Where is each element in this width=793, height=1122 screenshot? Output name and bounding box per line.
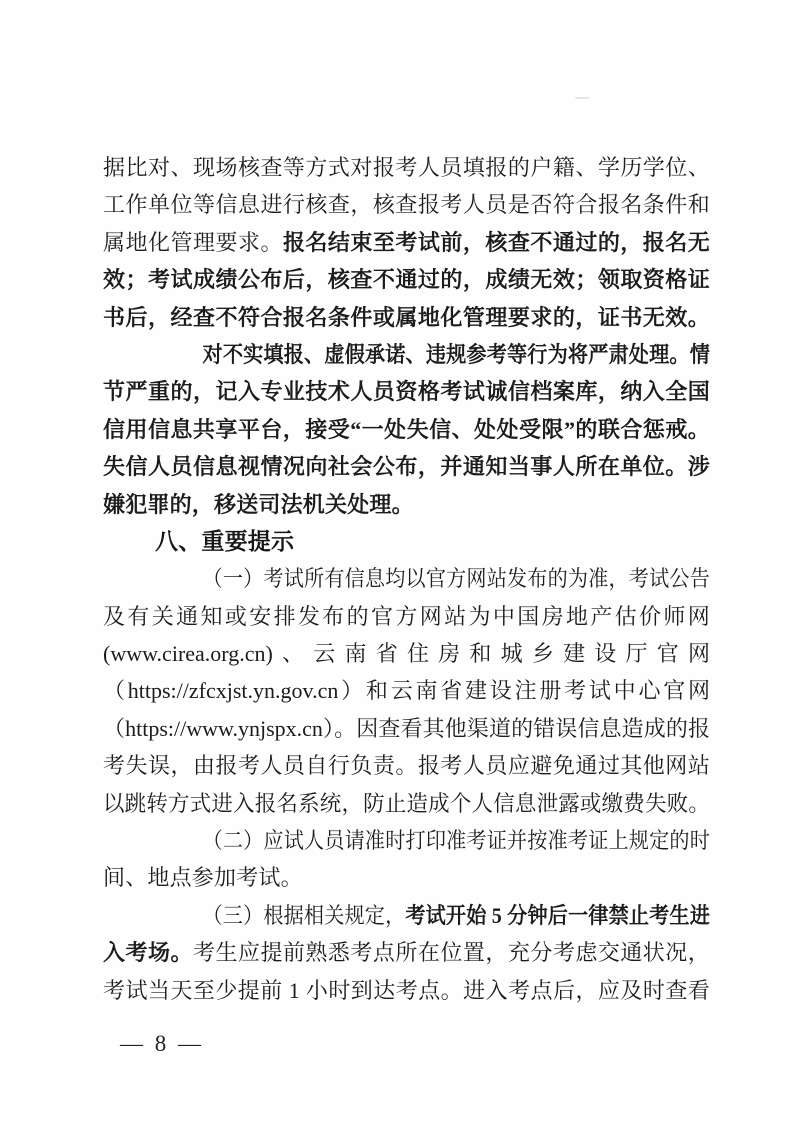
text-line: 以跳转方式进入报名系统，防止造成个人信息泄露或缴费失败。 — [103, 785, 710, 822]
text-line: 节严重的，记入专业技术人员资格考试诚信档案库，纳入全国 — [103, 373, 710, 410]
scan-artifact — [575, 97, 589, 99]
text-segment: （https://zfcxjst.yn.gov.cn）和云南省建设注册考试中心官… — [103, 678, 710, 703]
text-line: 信用信息共享平台，接受“一处失信、处处受限”的联合惩戒。 — [103, 411, 710, 448]
bold-text-segment: 信用信息共享平台，接受“一处失信、处处受限”的联合惩戒。 — [103, 417, 710, 442]
section-heading: 八、重要提示 — [103, 523, 710, 560]
bold-text-segment: 效；考试成绩公布后，核查不通过的，成绩无效；领取资格证 — [103, 267, 710, 292]
text-line: 对不实填报、虚假承诺、违规参考等行为将严肃处理。情 — [103, 336, 710, 373]
text-line: (www.cirea.org.cn)、云南省住房和城乡建设厅官网 — [103, 635, 710, 672]
text-line: 书后，经查不符合报名条件或属地化管理要求的，证书无效。 — [103, 299, 710, 336]
bold-text-segment: 对不实填报、虚假承诺、违规参考等行为将严肃处理。情 — [203, 342, 710, 367]
text-segment: (www.cirea.org.cn)、云南省住房和城乡建设厅官网 — [103, 641, 710, 666]
text-line: 入考场。考生应提前熟悉考点所在位置，充分考虑交通状况， — [103, 934, 710, 971]
text-line: 及有关通知或安排发布的官方网站为中国房地产估价师网 — [103, 598, 710, 635]
text-segment: 及有关通知或安排发布的官方网站为中国房地产估价师网 — [103, 604, 710, 629]
text-line: （一）考试所有信息均以官方网站发布的为准，考试公告 — [103, 560, 710, 597]
text-segment: （一）考试所有信息均以官方网站发布的为准，考试公告 — [203, 566, 710, 591]
bold-text-segment: 入考场。 — [103, 940, 193, 965]
document-page: 据比对、现场核查等方式对报考人员填报的户籍、学历学位、工作单位等信息进行核查，核… — [0, 0, 793, 1122]
text-line: （https://www.ynjspx.cn）。因查看其他渠道的错误信息造成的报 — [103, 710, 710, 747]
text-segment: （https://www.ynjspx.cn）。因查看其他渠道的错误信息造成的报 — [103, 716, 710, 741]
text-line: 据比对、现场核查等方式对报考人员填报的户籍、学历学位、 — [103, 149, 710, 186]
text-segment: 考失误，由报考人员自行负责。报考人员应避免通过其他网站 — [103, 753, 710, 778]
text-line: 间、地点参加考试。 — [103, 859, 710, 896]
text-line: （https://zfcxjst.yn.gov.cn）和云南省建设注册考试中心官… — [103, 672, 710, 709]
page-number: — 8 — — [120, 1029, 204, 1059]
text-line: 工作单位等信息进行核查，核查报考人员是否符合报名条件和 — [103, 186, 710, 223]
text-line: 嫌犯罪的，移送司法机关处理。 — [103, 486, 710, 523]
bold-text-segment: 嫌犯罪的，移送司法机关处理。 — [103, 492, 414, 517]
text-segment: （二）应试人员请准时打印准考证并按准考证上规定的时 — [203, 828, 710, 853]
text-segment: 据比对、现场核查等方式对报考人员填报的户籍、学历学位、 — [103, 155, 710, 180]
text-line: 属地化管理要求。报名结束至考试前，核查不通过的，报名无 — [103, 224, 710, 261]
text-line: 考失误，由报考人员自行负责。报考人员应避免通过其他网站 — [103, 747, 710, 784]
bold-text-segment: 书后，经查不符合报名条件或属地化管理要求的，证书无效。 — [103, 305, 710, 330]
document-text-block: 据比对、现场核查等方式对报考人员填报的户籍、学历学位、工作单位等信息进行核查，核… — [103, 149, 710, 1009]
text-segment: 属地化管理要求。 — [103, 230, 283, 255]
bold-text-segment: 节严重的，记入专业技术人员资格考试诚信档案库，纳入全国 — [103, 379, 710, 404]
bold-text-segment: 报名结束至考试前，核查不通过的，报名无 — [283, 230, 710, 255]
bold-text-segment: 失信人员信息视情况向社会公布，并通知当事人所在单位。涉 — [103, 454, 710, 479]
text-segment: 间、地点参加考试。 — [103, 865, 303, 890]
text-line: （三）根据相关规定，考试开始 5 分钟后一律禁止考生进 — [103, 897, 710, 934]
text-segment: （三）根据相关规定， — [203, 903, 406, 928]
text-line: 效；考试成绩公布后，核查不通过的，成绩无效；领取资格证 — [103, 261, 710, 298]
text-line: （二）应试人员请准时打印准考证并按准考证上规定的时 — [103, 822, 710, 859]
text-line: 考试当天至少提前 1 小时到达考点。进入考点后，应及时查看 — [103, 972, 710, 1009]
text-segment: 工作单位等信息进行核查，核查报考人员是否符合报名条件和 — [103, 192, 710, 217]
text-segment: 考试当天至少提前 1 小时到达考点。进入考点后，应及时查看 — [103, 978, 710, 1003]
text-line: 失信人员信息视情况向社会公布，并通知当事人所在单位。涉 — [103, 448, 710, 485]
text-segment: 考生应提前熟悉考点所在位置，充分考虑交通状况， — [193, 940, 710, 965]
bold-text-segment: 考试开始 5 分钟后一律禁止考生进 — [405, 903, 710, 928]
text-segment: 以跳转方式进入报名系统，防止造成个人信息泄露或缴费失败。 — [103, 791, 710, 816]
bold-text-segment: 八、重要提示 — [155, 528, 294, 554]
